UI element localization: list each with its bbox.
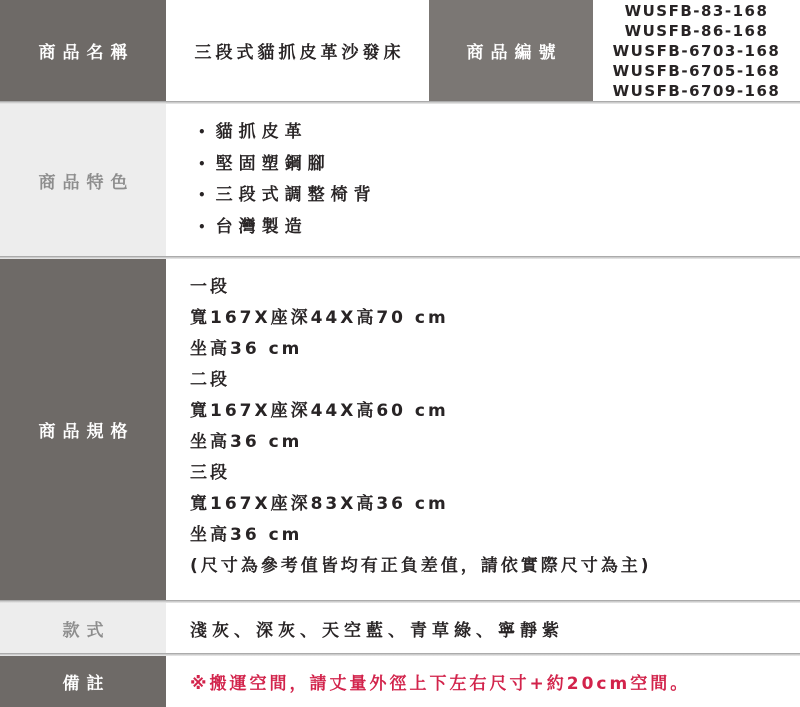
- spec-line: 二段: [190, 365, 230, 396]
- note-label: 備註: [56, 669, 111, 694]
- features-label: 商品特色: [32, 168, 135, 193]
- bullet-icon: •: [198, 212, 206, 244]
- product-code-list: WUSFB-83-168 WUSFB-86-168 WUSFB-6703-168…: [593, 0, 800, 101]
- product-code-label-cell: 商品編號: [429, 0, 593, 101]
- feature-item: • 貓抓皮革: [198, 117, 308, 149]
- spec-line: 寬167X座深44X高60 cm: [190, 396, 449, 427]
- note-label-cell: 備註: [0, 656, 166, 707]
- bullet-icon: •: [198, 149, 206, 181]
- spec-line: 一段: [190, 272, 230, 303]
- spec-disclaimer: (尺寸為參考值皆均有正負差值，請依實際尺寸為主): [190, 551, 652, 582]
- feature-item: • 三段式調整椅背: [198, 180, 377, 212]
- product-code: WUSFB-6709-168: [613, 81, 781, 101]
- product-name-label-cell: 商品名稱: [0, 0, 166, 101]
- product-code: WUSFB-86-168: [625, 21, 769, 41]
- specs-list: 一段 寬167X座深44X高70 cm 坐高36 cm 二段 寬167X座深44…: [166, 259, 800, 600]
- product-code-label: 商品編號: [460, 38, 563, 63]
- spec-line: 三段: [190, 458, 230, 489]
- product-code: WUSFB-6703-168: [613, 41, 781, 61]
- note-text: ※搬運空間，請丈量外徑上下左右尺寸+約20cm空間。: [166, 656, 800, 707]
- style-label: 款式: [56, 616, 111, 641]
- row-product-style: 款式 淺灰、深灰、天空藍、青草綠、寧靜紫: [0, 603, 800, 653]
- product-name-label: 商品名稱: [32, 38, 135, 63]
- spec-line: 寬167X座深44X高70 cm: [190, 303, 449, 334]
- row-product-features: 商品特色 • 貓抓皮革 • 堅固塑鋼腳 • 三段式調整椅背 • 台灣製造: [0, 104, 800, 256]
- bullet-icon: •: [198, 117, 206, 149]
- bullet-icon: •: [198, 180, 206, 212]
- spec-line: 坐高36 cm: [190, 334, 302, 365]
- spec-line: 坐高36 cm: [190, 520, 302, 551]
- product-spec-table: 商品名稱 三段式貓抓皮革沙發床 商品編號 WUSFB-83-168 WUSFB-…: [0, 0, 800, 707]
- specs-label: 商品規格: [32, 417, 135, 442]
- product-code: WUSFB-6705-168: [613, 61, 781, 81]
- style-options: 淺灰、深灰、天空藍、青草綠、寧靜紫: [166, 603, 800, 653]
- spec-line: 寬167X座深83X高36 cm: [190, 489, 449, 520]
- row-product-note: 備註 ※搬運空間，請丈量外徑上下左右尺寸+約20cm空間。: [0, 656, 800, 707]
- feature-text: 堅固塑鋼腳: [216, 149, 331, 181]
- feature-text: 貓抓皮革: [216, 117, 308, 149]
- feature-item: • 堅固塑鋼腳: [198, 149, 331, 181]
- product-name-value: 三段式貓抓皮革沙發床: [166, 0, 429, 101]
- row-product-specs: 商品規格 一段 寬167X座深44X高70 cm 坐高36 cm 二段 寬167…: [0, 259, 800, 600]
- spec-line: 坐高36 cm: [190, 427, 302, 458]
- specs-label-cell: 商品規格: [0, 259, 166, 600]
- product-code: WUSFB-83-168: [625, 1, 769, 21]
- features-list: • 貓抓皮革 • 堅固塑鋼腳 • 三段式調整椅背 • 台灣製造: [166, 104, 800, 256]
- feature-text: 三段式調整椅背: [216, 180, 377, 212]
- style-label-cell: 款式: [0, 603, 166, 653]
- row-product-name: 商品名稱 三段式貓抓皮革沙發床 商品編號 WUSFB-83-168 WUSFB-…: [0, 0, 800, 101]
- features-label-cell: 商品特色: [0, 104, 166, 256]
- feature-item: • 台灣製造: [198, 212, 308, 244]
- feature-text: 台灣製造: [216, 212, 308, 244]
